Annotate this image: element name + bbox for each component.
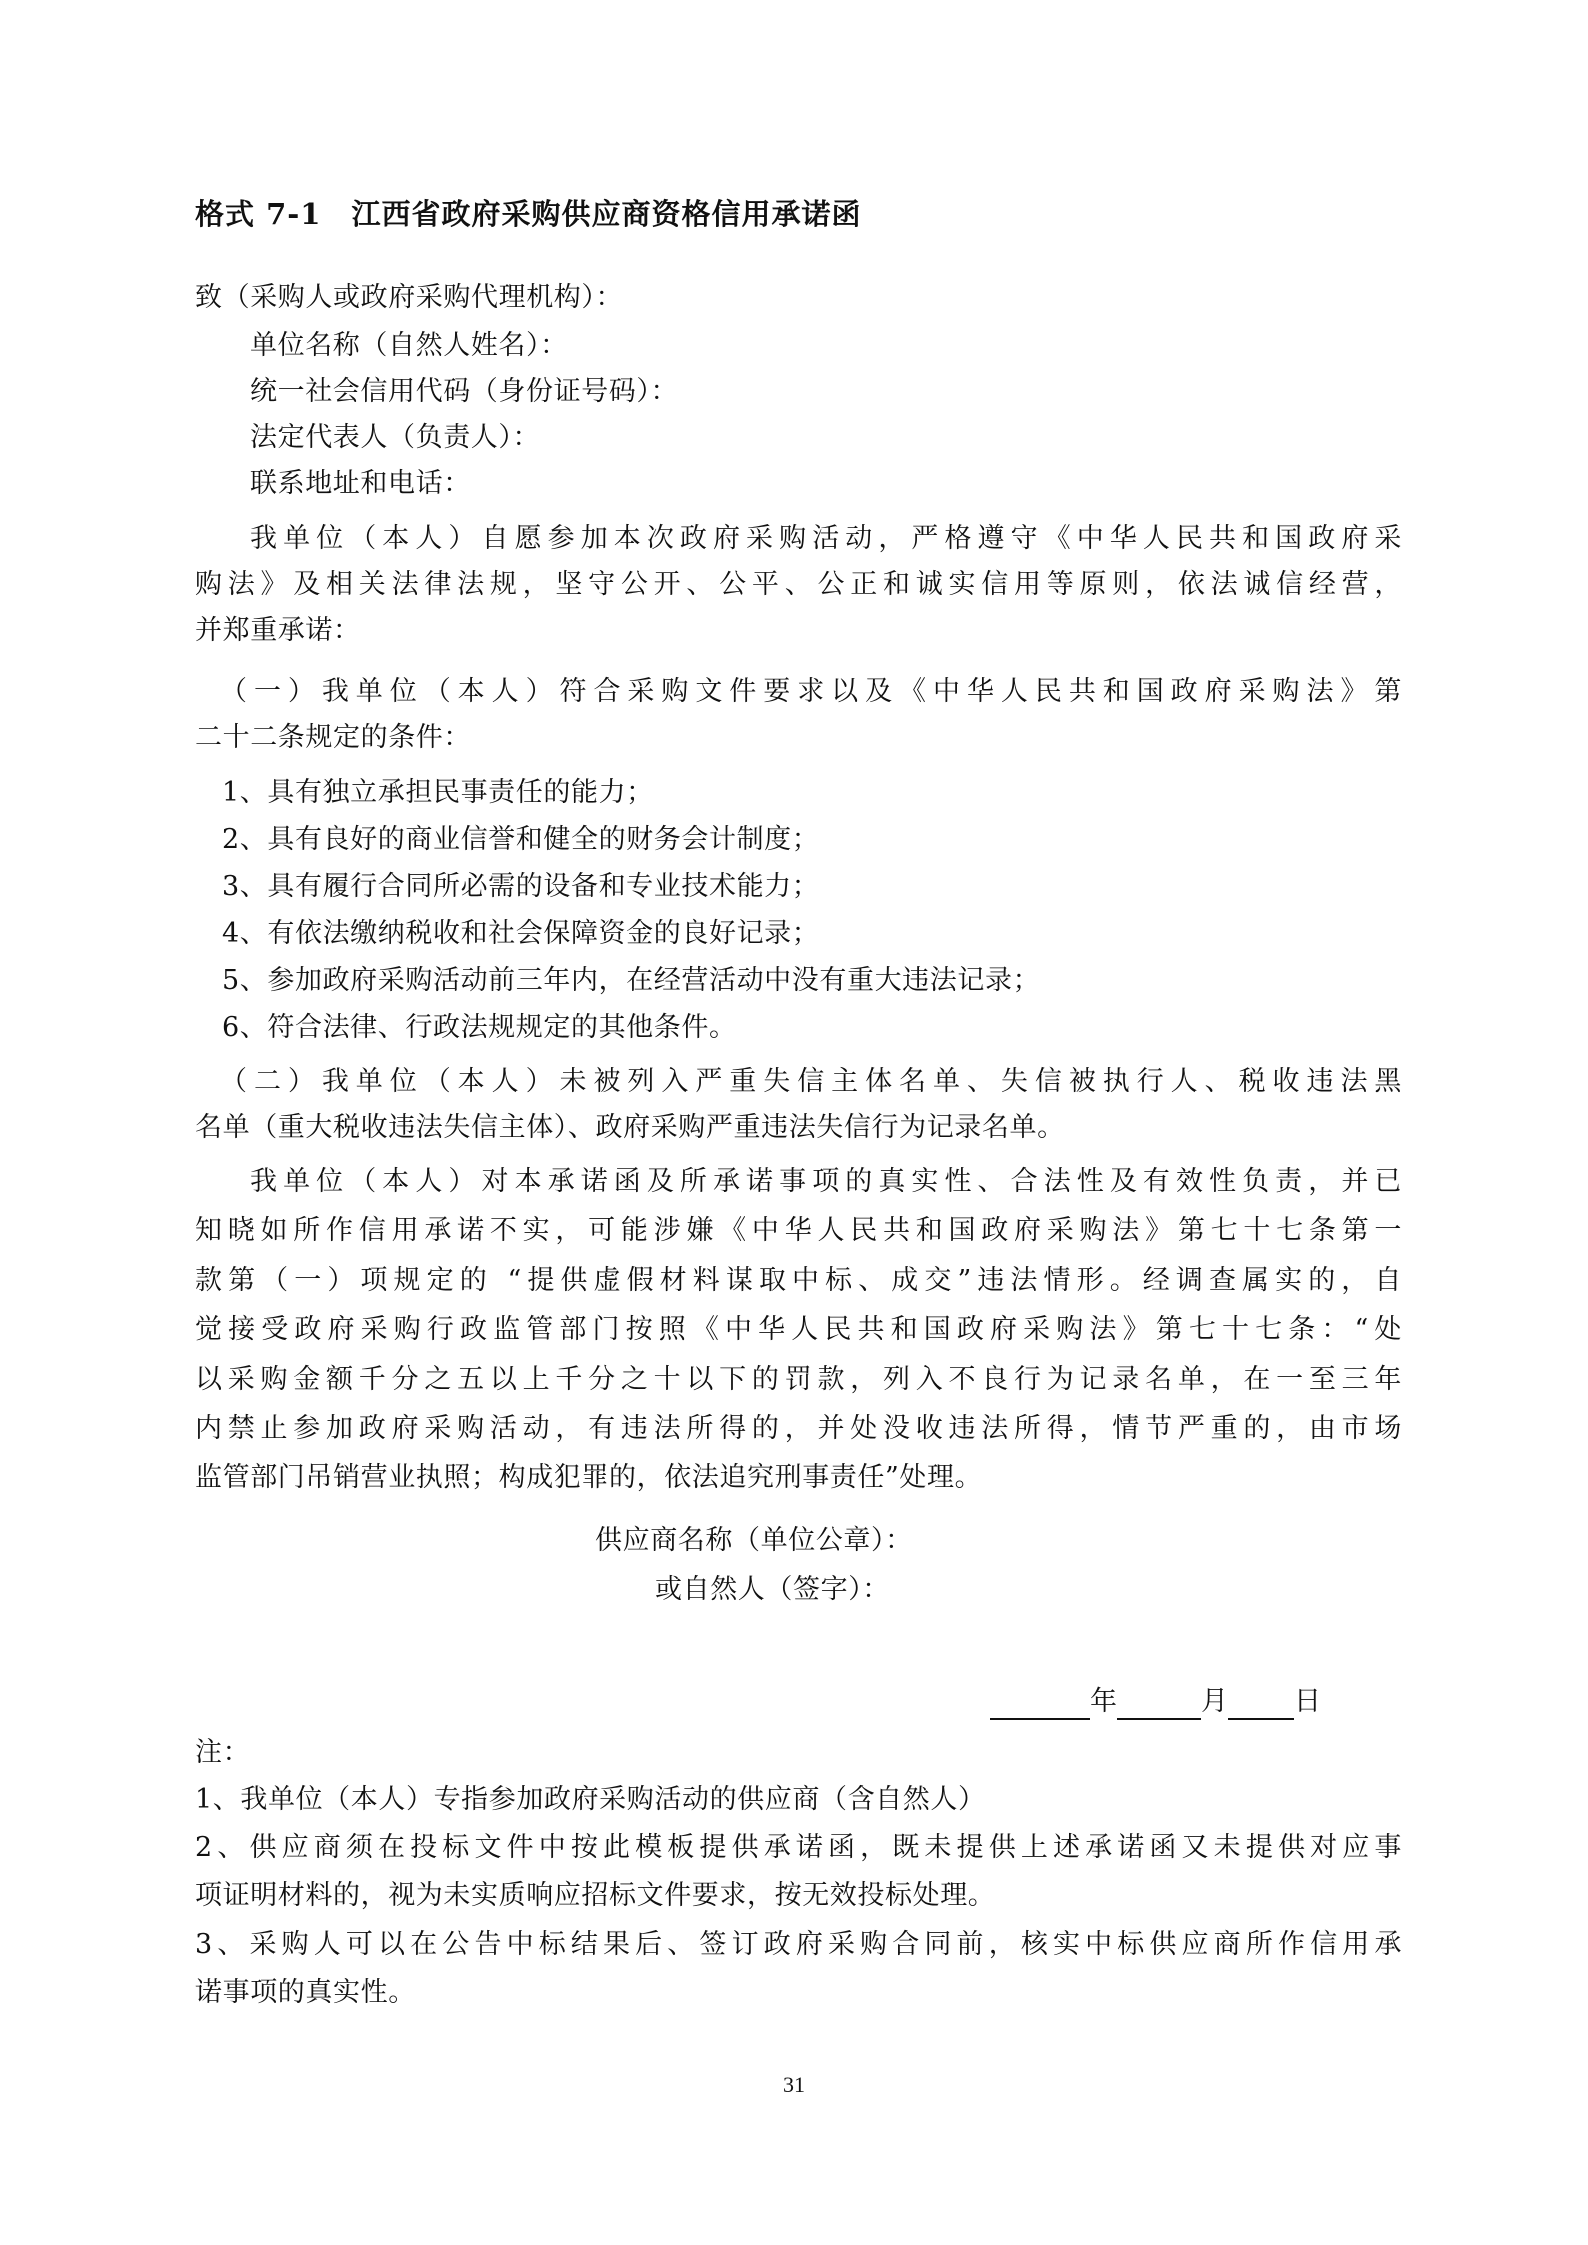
- liability-line-5: 以采购金额千分之五以上千分之十以下的罚款，列入不良行为记录名单，在一至三年: [195, 1362, 1402, 1398]
- day-blank[interactable]: [1228, 1688, 1294, 1720]
- note-3-line-2: 诺事项的真实性。: [195, 1975, 1405, 2011]
- condition-4: 4、有依法缴纳税收和社会保障资金的良好记录；: [222, 916, 1432, 952]
- field-contact: 联系地址和电话：: [250, 466, 1460, 502]
- month-label: 月: [1201, 1686, 1228, 1717]
- note-1: 1、我单位（本人）专指参加政府采购活动的供应商（含自然人）: [195, 1782, 1405, 1818]
- intro-line-2: 购法》及相关法律法规，坚守公开、公平、公正和诚实信用等原则，依法诚信经营，: [195, 567, 1402, 603]
- field-credit-code: 统一社会信用代码（身份证号码）：: [250, 374, 1460, 410]
- date-line: 年月日: [990, 1684, 1321, 1720]
- day-label: 日: [1294, 1686, 1321, 1717]
- liability-line-2: 知晓如所作信用承诺不实，可能涉嫌《中华人民共和国政府采购法》第七十七条第一: [195, 1213, 1402, 1249]
- notes-heading: 注：: [195, 1735, 1405, 1771]
- page-number: 31: [0, 2072, 1588, 2098]
- month-blank[interactable]: [1117, 1688, 1201, 1720]
- document-page: 格式 7-1 江西省政府采购供应商资格信用承诺函 致（采购人或政府采购代理机构）…: [0, 0, 1588, 2245]
- section2-line-2: 名单（重大税收违法失信主体）、政府采购严重违法失信行为记录名单。: [195, 1110, 1405, 1146]
- condition-6: 6、符合法律、行政法规规定的其他条件。: [222, 1010, 1432, 1046]
- addressee: 致（采购人或政府采购代理机构）：: [195, 280, 1405, 316]
- condition-5: 5、参加政府采购活动前三年内，在经营活动中没有重大违法记录；: [222, 963, 1432, 999]
- note-3-line-1: 3、采购人可以在公告中标结果后、签订政府采购合同前，核实中标供应商所作信用承: [195, 1927, 1402, 1963]
- condition-2: 2、具有良好的商业信誉和健全的财务会计制度；: [222, 822, 1432, 858]
- section1-line-2: 二十二条规定的条件：: [195, 720, 1405, 756]
- section2-line-1: （二）我单位（本人）未被列入严重失信主体名单、失信被执行人、税收违法黑: [220, 1064, 1402, 1100]
- liability-line-1: 我单位（本人）对本承诺函及所承诺事项的真实性、合法性及有效性负责，并已: [250, 1164, 1402, 1200]
- year-blank[interactable]: [990, 1688, 1090, 1720]
- liability-line-7: 监管部门吊销营业执照；构成犯罪的，依法追究刑事责任”处理。: [195, 1460, 1405, 1496]
- field-legal-rep: 法定代表人（负责人）：: [250, 420, 1460, 456]
- intro-line-1: 我单位（本人）自愿参加本次政府采购活动，严格遵守《中华人民共和国政府采: [250, 521, 1402, 557]
- intro-line-3: 并郑重承诺：: [195, 613, 1405, 649]
- section1-line-1: （一）我单位（本人）符合采购文件要求以及《中华人民共和国政府采购法》第: [220, 674, 1402, 710]
- supplier-seal-label: 供应商名称（单位公章）：: [595, 1523, 913, 1559]
- liability-line-3: 款第（一）项规定的 “提供虚假材料谋取中标、成交”违法情形。经调查属实的，自: [195, 1263, 1402, 1299]
- note-2-line-2: 项证明材料的，视为未实质响应招标文件要求，按无效投标处理。: [195, 1878, 1405, 1914]
- field-unit-name: 单位名称（自然人姓名）：: [250, 328, 1460, 364]
- year-label: 年: [1090, 1686, 1117, 1717]
- condition-1: 1、具有独立承担民事责任的能力；: [222, 775, 1432, 811]
- document-title: 格式 7-1 江西省政府采购供应商资格信用承诺函: [195, 196, 1405, 232]
- liability-line-4: 觉接受政府采购行政监管部门按照《中华人民共和国政府采购法》第七十七条：“处: [195, 1312, 1402, 1348]
- condition-3: 3、具有履行合同所必需的设备和专业技术能力；: [222, 869, 1432, 905]
- note-2-line-1: 2、供应商须在投标文件中按此模板提供承诺函，既未提供上述承诺函又未提供对应事: [195, 1830, 1402, 1866]
- person-signature-label: 或自然人（签字）：: [655, 1572, 890, 1608]
- liability-line-6: 内禁止参加政府采购活动，有违法所得的，并处没收违法所得，情节严重的，由市场: [195, 1411, 1402, 1447]
